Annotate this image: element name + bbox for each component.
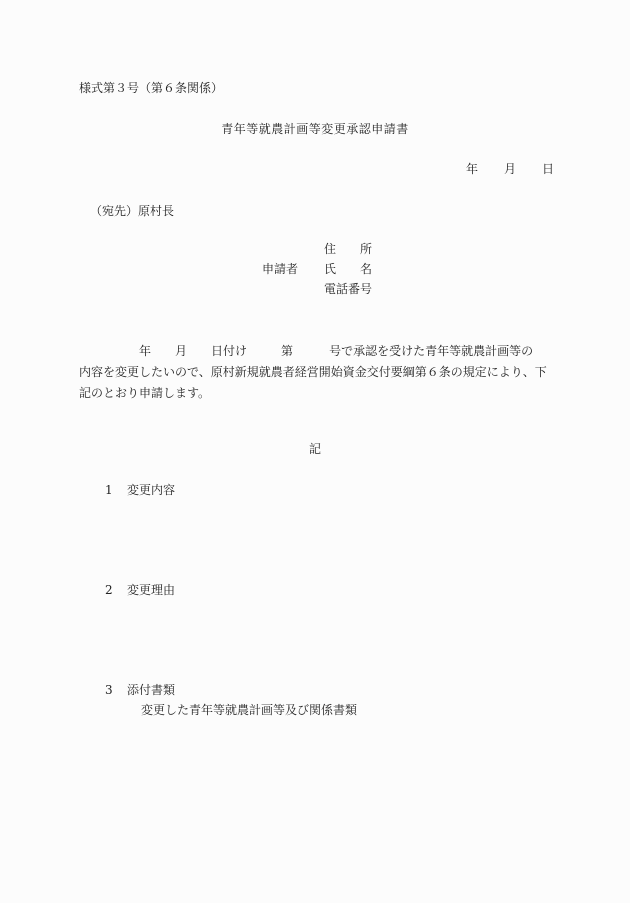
name-label-part: 氏 bbox=[324, 262, 336, 276]
name-label-part: 名 bbox=[360, 262, 372, 276]
body-number-prefix: 第 bbox=[281, 344, 293, 358]
item-number: 1 bbox=[105, 483, 127, 497]
item-label: 変更内容 bbox=[127, 483, 175, 497]
addressee: （宛先）原村長 bbox=[90, 204, 174, 218]
body-line-1-rest: 号で承認を受けた青年等就農計画等の bbox=[329, 344, 533, 358]
phone-field-label: 電話番号 bbox=[324, 282, 372, 296]
body-line-3: 記のとおり申請します。 bbox=[79, 383, 554, 404]
date-day-label: 日 bbox=[542, 162, 554, 176]
address-field-label: 住所 bbox=[324, 242, 372, 256]
body-year: 年 bbox=[139, 344, 151, 358]
item-change-reason: 2変更理由 bbox=[105, 583, 175, 597]
body-line-1: 年月日付け第号で承認を受けた青年等就農計画等の bbox=[79, 341, 554, 362]
date-year-label: 年 bbox=[466, 162, 478, 176]
address-label-part: 所 bbox=[360, 242, 372, 256]
form-number: 様式第３号（第６条関係） bbox=[79, 81, 223, 95]
name-field-label: 氏名 bbox=[324, 262, 372, 276]
item-change-content: 1変更内容 bbox=[105, 483, 175, 497]
address-label-part: 住 bbox=[324, 242, 336, 256]
body-month: 月 bbox=[175, 344, 187, 358]
date-month-label: 月 bbox=[504, 162, 516, 176]
ki-heading: 記 bbox=[309, 442, 321, 456]
attachment-description: 変更した青年等就農計画等及び関係書類 bbox=[141, 703, 357, 717]
body-line-2: 内容を変更したいので、原村新規就農者経営開始資金交付要綱第６条の規定により、下 bbox=[79, 362, 554, 383]
item-attachments: 3添付書類 bbox=[105, 683, 175, 697]
document-title: 青年等就農計画等変更承認申請書 bbox=[0, 122, 630, 136]
item-label: 変更理由 bbox=[127, 583, 175, 597]
body-day: 日付け bbox=[211, 344, 247, 358]
item-number: 2 bbox=[105, 583, 127, 597]
item-label: 添付書類 bbox=[127, 683, 175, 697]
item-number: 3 bbox=[105, 683, 127, 697]
body-paragraph: 年月日付け第号で承認を受けた青年等就農計画等の 内容を変更したいので、原村新規就… bbox=[79, 341, 554, 404]
date-line: 年月日 bbox=[466, 162, 554, 176]
applicant-label: 申請者 bbox=[262, 262, 298, 276]
